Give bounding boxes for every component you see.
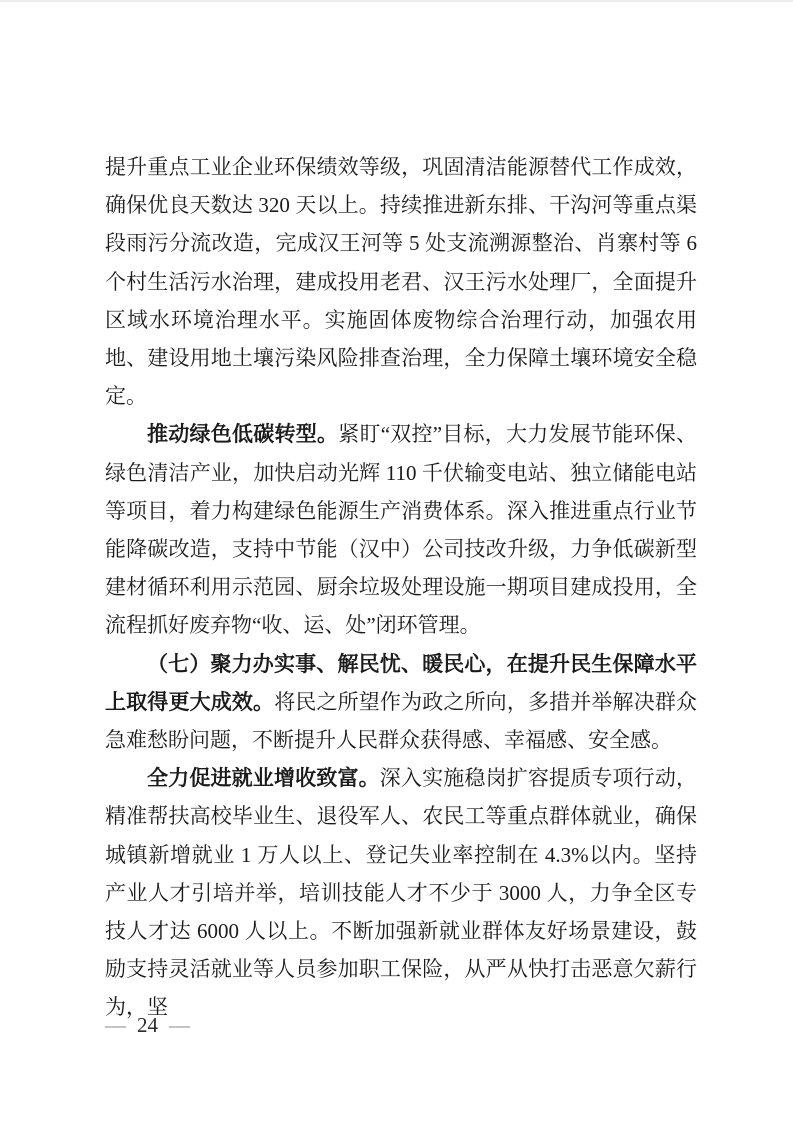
footer-dash-right: —	[169, 1013, 190, 1037]
bold-text-run: 推动绿色低碳转型。	[147, 422, 338, 446]
text-run: 提升重点工业企业环保绩效等级，巩固清洁能源替代工作成效，确保优良天数达 320 …	[105, 155, 697, 408]
paragraph: 提升重点工业企业环保绩效等级，巩固清洁能源替代工作成效，确保优良天数达 320 …	[105, 148, 697, 415]
bold-text-run: 全力促进就业增收致富。	[147, 766, 380, 790]
document-page: 提升重点工业企业环保绩效等级，巩固清洁能源替代工作成效，确保优良天数达 320 …	[0, 0, 793, 1122]
text-run: 深入实施稳岗扩容提质专项行动，精准帮扶高校毕业生、退役军人、农民工等重点群体就业…	[105, 766, 697, 1019]
text-run: 紧盯“双控”目标，大力发展节能环保、绿色清洁产业，加快启动光辉 110 千伏输变…	[105, 422, 697, 637]
paragraph: 全力促进就业增收致富。深入实施稳岗扩容提质专项行动，精准帮扶高校毕业生、退役军人…	[105, 759, 697, 1026]
page-footer: —24—	[105, 1010, 190, 1040]
footer-dash-left: —	[105, 1013, 126, 1037]
paragraph: 推动绿色低碳转型。紧盯“双控”目标，大力发展节能环保、绿色清洁产业，加快启动光辉…	[105, 415, 697, 644]
document-body: 提升重点工业企业环保绩效等级，巩固清洁能源替代工作成效，确保优良天数达 320 …	[105, 148, 697, 1027]
paragraph: （七）聚力办实事、解民忧、暖民心，在提升民生保障水平上取得更大成效。将民之所望作…	[105, 645, 697, 760]
page-number: 24	[126, 1013, 169, 1037]
